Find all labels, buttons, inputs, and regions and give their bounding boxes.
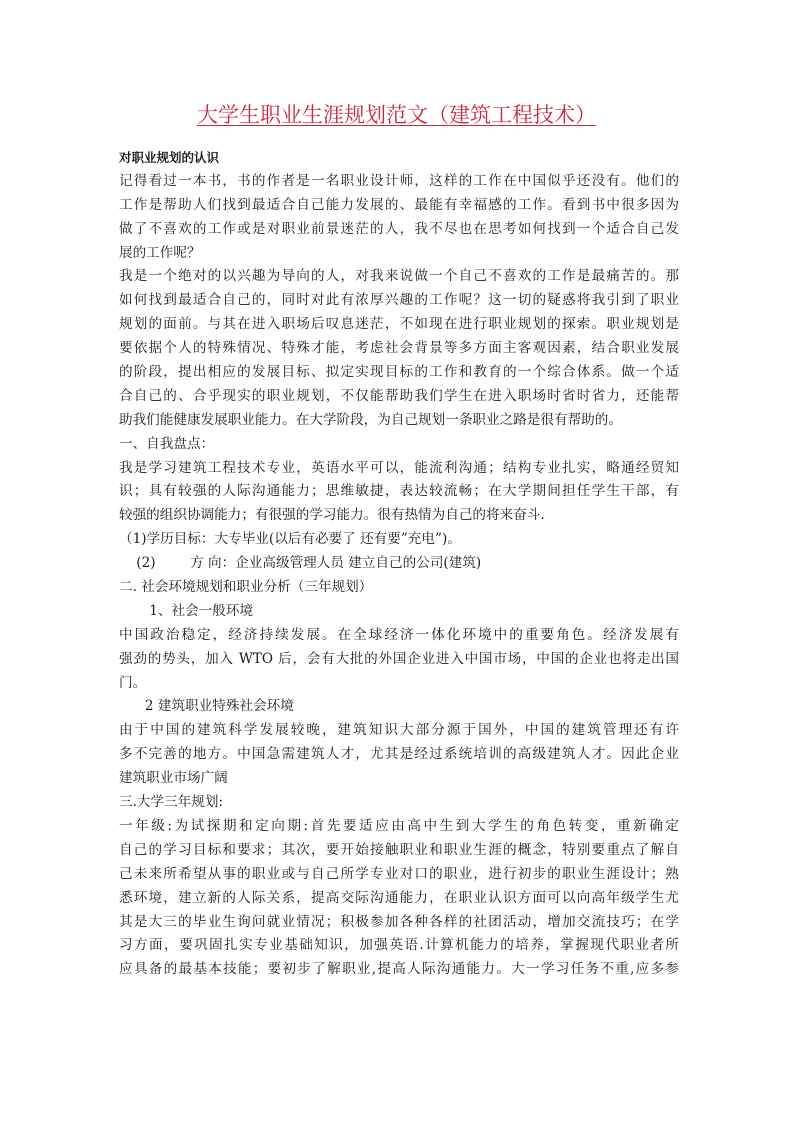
text-line: 如何找到最适合自己的，同时对此有浓厚兴趣的工作呢？这一切的疑惑将我引到了职业	[119, 289, 679, 313]
text-line: 一年级:为试探期和定向期:首先要适应由高中生到大学生的角色转变，重新确定	[119, 815, 679, 839]
text-line: 我是一个绝对的以兴趣为导向的人，对我来说做一个自己不喜欢的工作是最痛苦的。那	[119, 265, 679, 289]
text-line: (2) 方 向：企业高级管理人员 建立自己的公司(建筑)	[119, 552, 679, 576]
text-line: 较强的组织协调能力；有很强的学习能力。很有热情为自己的将来奋斗.	[119, 504, 679, 528]
document-page: 大学生职业生涯规划范文（建筑工程技术） 对职业规划的认识记得看过一本书，书的作者…	[0, 0, 793, 1122]
text-line: 应具备的最基本技能；要初步了解职业,提高人际沟通能力。大一学习任务不重,应多参	[119, 958, 679, 982]
text-line: 门。	[119, 672, 679, 696]
text-line: 习方面，要巩固扎实专业基础知识，加强英语.计算机能力的培养，掌握现代职业者所	[119, 934, 679, 958]
text-line: 识；具有较强的人际沟通能力；思维敏捷，表达较流畅；在大学期间担任学生干部，有	[119, 480, 679, 504]
section-heading: 对职业规划的认识	[119, 146, 679, 170]
text-line: 1、社会一般环境	[119, 600, 679, 624]
text-line: 己未来所希望从事的职业或与自己所学专业对口的职业，进行初步的职业生涯设计；熟	[119, 863, 679, 887]
text-line: 做了不喜欢的工作或是对职业前景迷茫的人，我不尽也在思考如何找到一个适合自己发	[119, 218, 679, 242]
text-line: 建筑职业市场广阔	[119, 767, 679, 791]
text-line: 自己的学习目标和要求；其次，要开始接触职业和职业生涯的概念，特别要重点了解自	[119, 839, 679, 863]
text-line: 强劲的势头，加入 WTO 后，会有大批的外国企业进入中国市场，中国的企业也将走出…	[119, 648, 679, 672]
text-line: （1)学历目标：大专毕业(以后有必要了 还有要”充电”)。	[119, 528, 679, 552]
text-line: 中国政治稳定，经济持续发展。在全球经济一体化环境中的重要角色。经济发展有	[119, 624, 679, 648]
document-title: 大学生职业生涯规划范文（建筑工程技术）	[0, 101, 793, 129]
text-line: 多不完善的地方。中国急需建筑人才，尤其是经过系统培训的高级建筑人才。因此企业	[119, 743, 679, 767]
text-line: 要依据个人的特殊情况、特殊才能，考虑社会背景等多方面主客观因素，结合职业发展	[119, 337, 679, 361]
text-line: 二. 社会环境规划和职业分析（三年规划）	[119, 576, 679, 600]
text-line: 一、自我盘点：	[119, 433, 679, 457]
text-line: 我是学习建筑工程技术专业，英语水平可以，能流利沟通；结构专业扎实，略通经贸知	[119, 457, 679, 481]
text-line: 由于中国的建筑科学发展较晚，建筑知识大部分源于国外，中国的建筑管理还有许	[119, 719, 679, 743]
document-body: 对职业规划的认识记得看过一本书，书的作者是一名职业设计师，这样的工作在中国似乎还…	[119, 146, 679, 982]
text-line: 规划的面前。与其在进入职场后叹息迷茫，不如现在进行职业规划的探索。职业规划是	[119, 313, 679, 337]
text-line: 2 建筑职业特殊社会环境	[119, 695, 679, 719]
text-line: 三.大学三年规划:	[119, 791, 679, 815]
text-line: 其是大三的毕业生询问就业情况；积极参加各种各样的社团活动，增加交流技巧；在学	[119, 911, 679, 935]
text-line: 悉环境，建立新的人际关系，提高交际沟通能力，在职业认识方面可以向高年级学生尤	[119, 887, 679, 911]
text-line: 的阶段，提出相应的发展目标、拟定实现目标的工作和教育的一个综合体系。做一个适	[119, 361, 679, 385]
text-line: 展的工作呢？	[119, 242, 679, 266]
text-line: 记得看过一本书，书的作者是一名职业设计师，这样的工作在中国似乎还没有。他们的	[119, 170, 679, 194]
text-line: 助我们能健康发展职业能力。在大学阶段，为自己规划一条职业之路是很有帮助的。	[119, 409, 679, 433]
text-line: 工作是帮助人们找到最适合自己能力发展的、最能有幸福感的工作。看到书中很多因为	[119, 194, 679, 218]
text-line: 合自己的、合乎现实的职业规划，不仅能帮助我们学生在进入职场时省时省力，还能帮	[119, 385, 679, 409]
